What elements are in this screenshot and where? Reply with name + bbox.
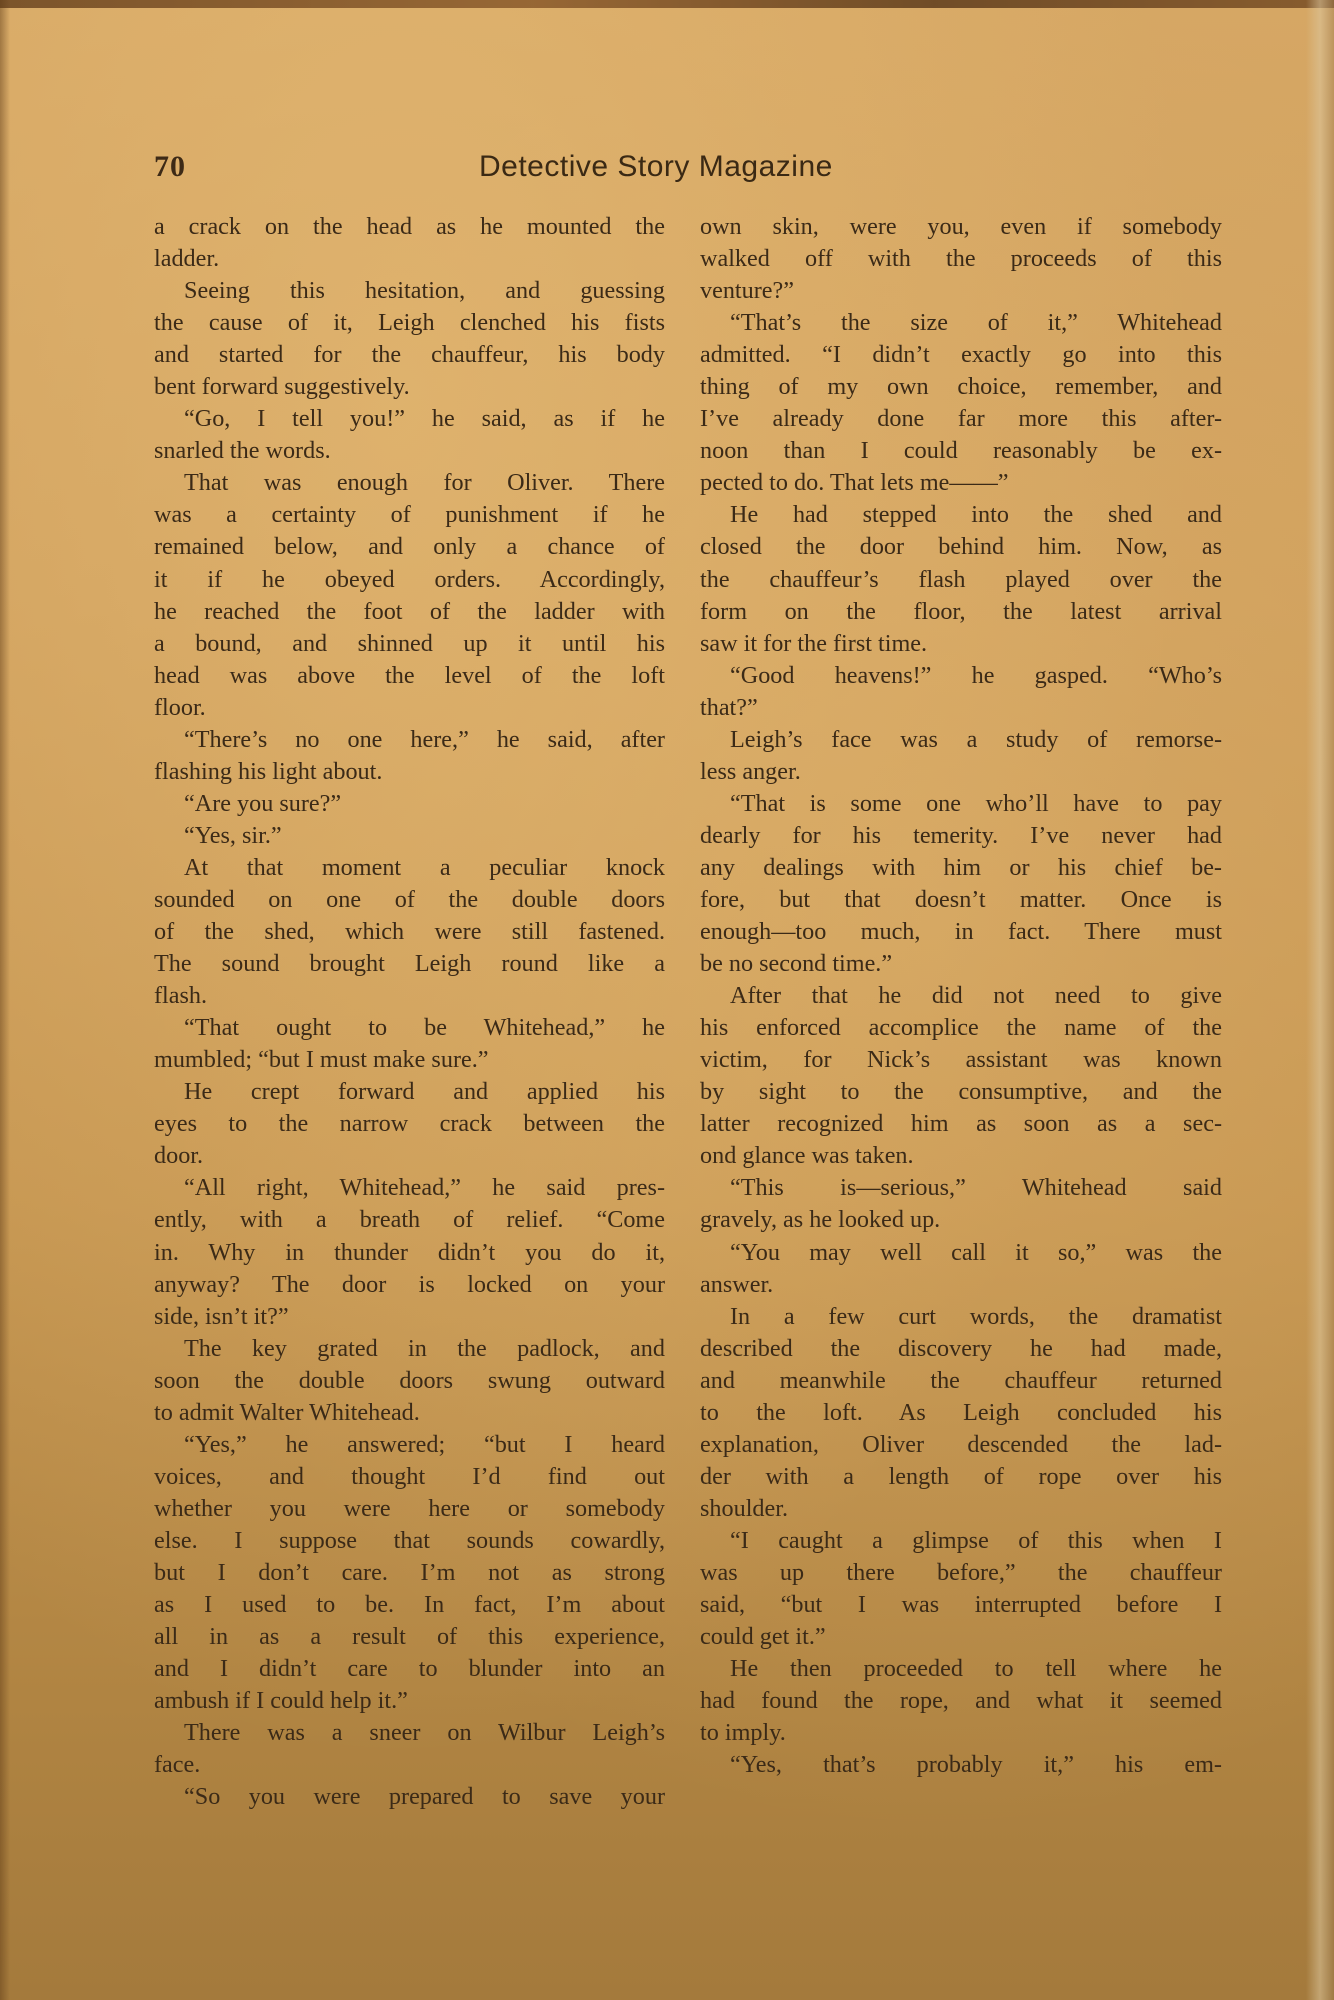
text-line: After that he did not need to give — [700, 980, 1222, 1012]
text-line: and meanwhile the chauffeur returned — [700, 1365, 1222, 1397]
text-line: ently, with a breath of relief. “Come — [154, 1204, 665, 1236]
text-line: There was a sneer on Wilbur Leigh’s — [154, 1717, 665, 1749]
page-right-edge — [1306, 0, 1334, 2000]
text-line: explanation, Oliver descended the lad- — [700, 1429, 1222, 1461]
text-line: “This is—serious,” Whitehead said — [700, 1172, 1222, 1204]
text-line: flashing his light about. — [154, 756, 665, 788]
text-line: all in as a result of this experience, — [154, 1621, 665, 1653]
text-line: whether you were here or somebody — [154, 1493, 665, 1525]
text-line: gravely, as he looked up. — [700, 1204, 1222, 1236]
text-line: That was enough for Oliver. There — [154, 467, 665, 499]
magazine-title: Detective Story Magazine — [479, 150, 833, 184]
text-line: voices, and thought I’d find out — [154, 1461, 665, 1493]
text-line: walked off with the proceeds of this — [700, 243, 1222, 275]
text-line: form on the floor, the latest arrival — [700, 596, 1222, 628]
text-line: latter recognized him as soon as a sec- — [700, 1108, 1222, 1140]
text-line: “Yes,” he answered; “but I heard — [154, 1429, 665, 1461]
text-line: else. I suppose that sounds cowardly, — [154, 1525, 665, 1557]
text-line: “You may well call it so,” was the — [700, 1237, 1222, 1269]
text-line: “Good heavens!” he gasped. “Who’s — [700, 660, 1222, 692]
text-line: door. — [154, 1140, 665, 1172]
text-line: but I don’t care. I’m not as strong — [154, 1557, 665, 1589]
text-line: sounded on one of the double doors — [154, 884, 665, 916]
text-line: and started for the chauffeur, his body — [154, 339, 665, 371]
text-line: and I didn’t care to blunder into an — [154, 1653, 665, 1685]
text-line: answer. — [700, 1269, 1222, 1301]
text-line: “Yes, that’s probably it,” his em- — [700, 1749, 1222, 1781]
text-line: a bound, and shinned up it until his — [154, 628, 665, 660]
text-line: In a few curt words, the dramatist — [700, 1301, 1222, 1333]
text-line: ladder. — [154, 243, 665, 275]
text-line: anyway? The door is locked on your — [154, 1269, 665, 1301]
text-line: a crack on the head as he mounted the — [154, 211, 665, 243]
text-line: the chauffeur’s flash played over the — [700, 564, 1222, 596]
text-line: remained below, and only a chance of — [154, 531, 665, 563]
text-line: At that moment a peculiar knock — [154, 852, 665, 884]
text-line: He then proceeded to tell where he — [700, 1653, 1222, 1685]
text-line: his enforced accomplice the name of the — [700, 1012, 1222, 1044]
text-line: own skin, were you, even if somebody — [700, 211, 1222, 243]
text-line: ambush if I could help it.” — [154, 1685, 665, 1717]
text-line: “That’s the size of it,” Whitehead — [700, 307, 1222, 339]
text-line: “Yes, sir.” — [154, 820, 665, 852]
text-line: was up there before,” the chauffeur — [700, 1557, 1222, 1589]
text-line: be no second time.” — [700, 948, 1222, 980]
text-line: it if he obeyed orders. Accordingly, — [154, 564, 665, 596]
text-line: The sound brought Leigh round like a — [154, 948, 665, 980]
text-line: head was above the level of the loft — [154, 660, 665, 692]
text-line: any dealings with him or his chief be- — [700, 852, 1222, 884]
text-line: noon than I could reasonably be ex- — [700, 435, 1222, 467]
text-line: He crept forward and applied his — [154, 1076, 665, 1108]
text-line: Seeing this hesitation, and guessing — [154, 275, 665, 307]
text-line: by sight to the consumptive, and the — [700, 1076, 1222, 1108]
text-line: of the shed, which were still fastened. — [154, 916, 665, 948]
text-line: pected to do. That lets me——” — [700, 467, 1222, 499]
text-line: bent forward suggestively. — [154, 371, 665, 403]
text-line: to imply. — [700, 1717, 1222, 1749]
text-line: eyes to the narrow crack between the — [154, 1108, 665, 1140]
text-line: The key grated in the padlock, and — [154, 1333, 665, 1365]
text-line: thing of my own choice, remember, and — [700, 371, 1222, 403]
text-line: described the discovery he had made, — [700, 1333, 1222, 1365]
text-column-left: a crack on the head as he mounted thelad… — [154, 211, 665, 1813]
text-line: Leigh’s face was a study of remorse- — [700, 724, 1222, 756]
text-line: had found the rope, and what it seemed — [700, 1685, 1222, 1717]
text-line: side, isn’t it?” — [154, 1301, 665, 1333]
text-line: “All right, Whitehead,” he said pres- — [154, 1172, 665, 1204]
text-line: said, “but I was interrupted before I — [700, 1589, 1222, 1621]
text-line: in. Why in thunder didn’t you do it, — [154, 1237, 665, 1269]
text-line: could get it.” — [700, 1621, 1222, 1653]
text-line: venture?” — [700, 275, 1222, 307]
text-line: “Go, I tell you!” he said, as if he — [154, 403, 665, 435]
text-line: to the loft. As Leigh concluded his — [700, 1397, 1222, 1429]
text-column-right: own skin, were you, even if somebodywalk… — [700, 211, 1222, 1781]
text-line: saw it for the first time. — [700, 628, 1222, 660]
text-line: fore, but that doesn’t matter. Once is — [700, 884, 1222, 916]
text-line: I’ve already done far more this after- — [700, 403, 1222, 435]
text-line: admitted. “I didn’t exactly go into this — [700, 339, 1222, 371]
text-line: he reached the foot of the ladder with — [154, 596, 665, 628]
text-line: floor. — [154, 692, 665, 724]
text-line: “That ought to be Whitehead,” he — [154, 1012, 665, 1044]
page-top-edge — [0, 0, 1334, 8]
text-line: snarled the words. — [154, 435, 665, 467]
magazine-page: 70 Detective Story Magazine a crack on t… — [0, 0, 1334, 2000]
text-line: “Are you sure?” — [154, 788, 665, 820]
page-left-shadow — [0, 0, 10, 2000]
text-line: He had stepped into the shed and — [700, 499, 1222, 531]
text-line: ond glance was taken. — [700, 1140, 1222, 1172]
text-line: enough—too much, in fact. There must — [700, 916, 1222, 948]
text-line: “That is some one who’ll have to pay — [700, 788, 1222, 820]
text-line: that?” — [700, 692, 1222, 724]
running-head: 70 Detective Story Magazine — [154, 150, 1222, 192]
text-line: the cause of it, Leigh clenched his fist… — [154, 307, 665, 339]
text-line: “So you were prepared to save your — [154, 1781, 665, 1813]
text-line: der with a length of rope over his — [700, 1461, 1222, 1493]
text-line: mumbled; “but I must make sure.” — [154, 1044, 665, 1076]
text-line: was a certainty of punishment if he — [154, 499, 665, 531]
text-line: dearly for his temerity. I’ve never had — [700, 820, 1222, 852]
text-line: closed the door behind him. Now, as — [700, 531, 1222, 563]
text-line: to admit Walter Whitehead. — [154, 1397, 665, 1429]
text-line: shoulder. — [700, 1493, 1222, 1525]
page-number: 70 — [154, 150, 186, 184]
text-line: as I used to be. In fact, I’m about — [154, 1589, 665, 1621]
text-line: less anger. — [700, 756, 1222, 788]
text-line: victim, for Nick’s assistant was known — [700, 1044, 1222, 1076]
text-line: “I caught a glimpse of this when I — [700, 1525, 1222, 1557]
text-line: flash. — [154, 980, 665, 1012]
text-line: face. — [154, 1749, 665, 1781]
text-line: “There’s no one here,” he said, after — [154, 724, 665, 756]
text-line: soon the double doors swung outward — [154, 1365, 665, 1397]
